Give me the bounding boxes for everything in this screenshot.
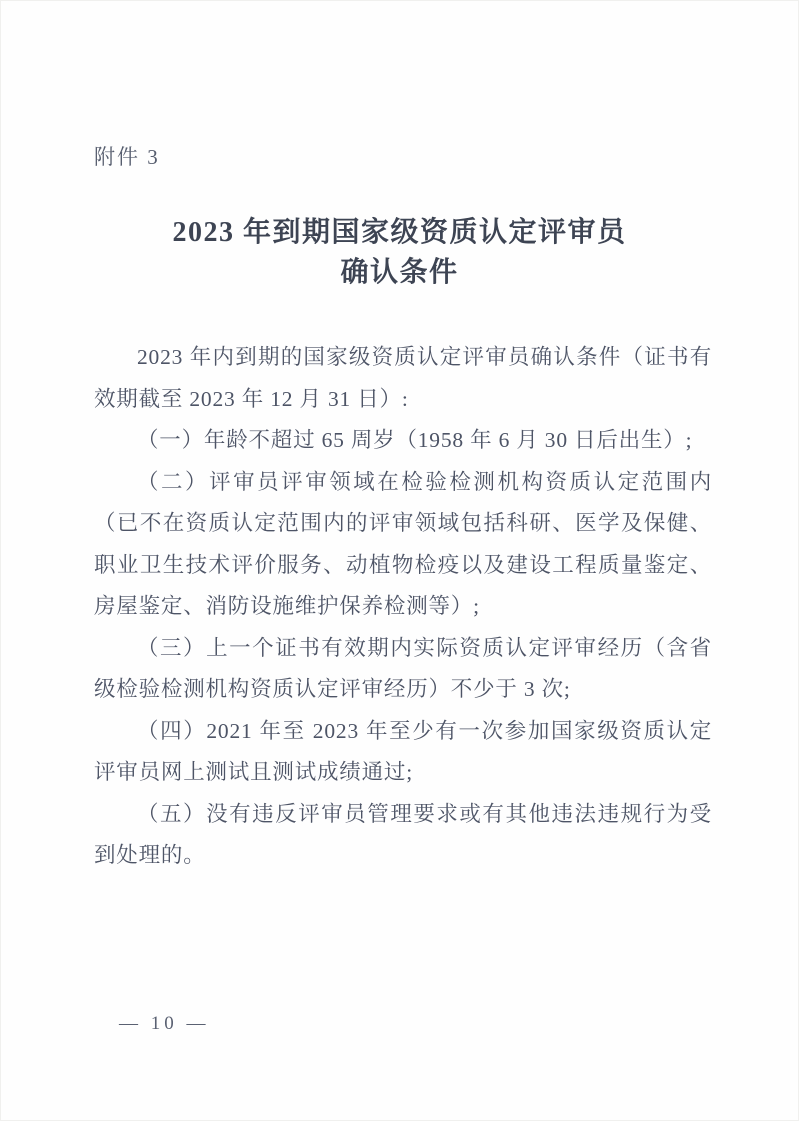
paragraph-condition-3: （三）上一个证书有效期内实际资质认定评审经历（含省级检验检测机构资质认定评审经历… (94, 628, 712, 711)
paragraph-intro: 2023 年内到期的国家级资质认定评审员确认条件（证书有效期截至 2023 年 … (94, 337, 712, 420)
paragraph-condition-4: （四）2021 年至 2023 年至少有一次参加国家级资质认定评审员网上测试且测… (94, 711, 712, 794)
document-title: 2023 年到期国家级资质认定评审员 确认条件 (1, 213, 798, 293)
document-title-line2: 确认条件 (1, 253, 798, 293)
paragraph-condition-1: （一）年龄不超过 65 周岁（1958 年 6 月 30 日后出生）; (94, 420, 712, 462)
attachment-label: 附件 3 (94, 141, 160, 171)
paragraph-condition-2: （二）评审员评审领域在检验检测机构资质认定范围内（已不在资质认定范围内的评审领域… (94, 462, 712, 628)
document-title-line1: 2023 年到期国家级资质认定评审员 (1, 213, 798, 253)
document-page: 附件 3 2023 年到期国家级资质认定评审员 确认条件 2023 年内到期的国… (0, 0, 799, 1121)
document-body: 2023 年内到期的国家级资质认定评审员确认条件（证书有效期截至 2023 年 … (94, 337, 712, 877)
page-number: — 10 — (119, 1013, 210, 1035)
paragraph-condition-5: （五）没有违反评审员管理要求或有其他违法违规行为受到处理的。 (94, 794, 712, 877)
